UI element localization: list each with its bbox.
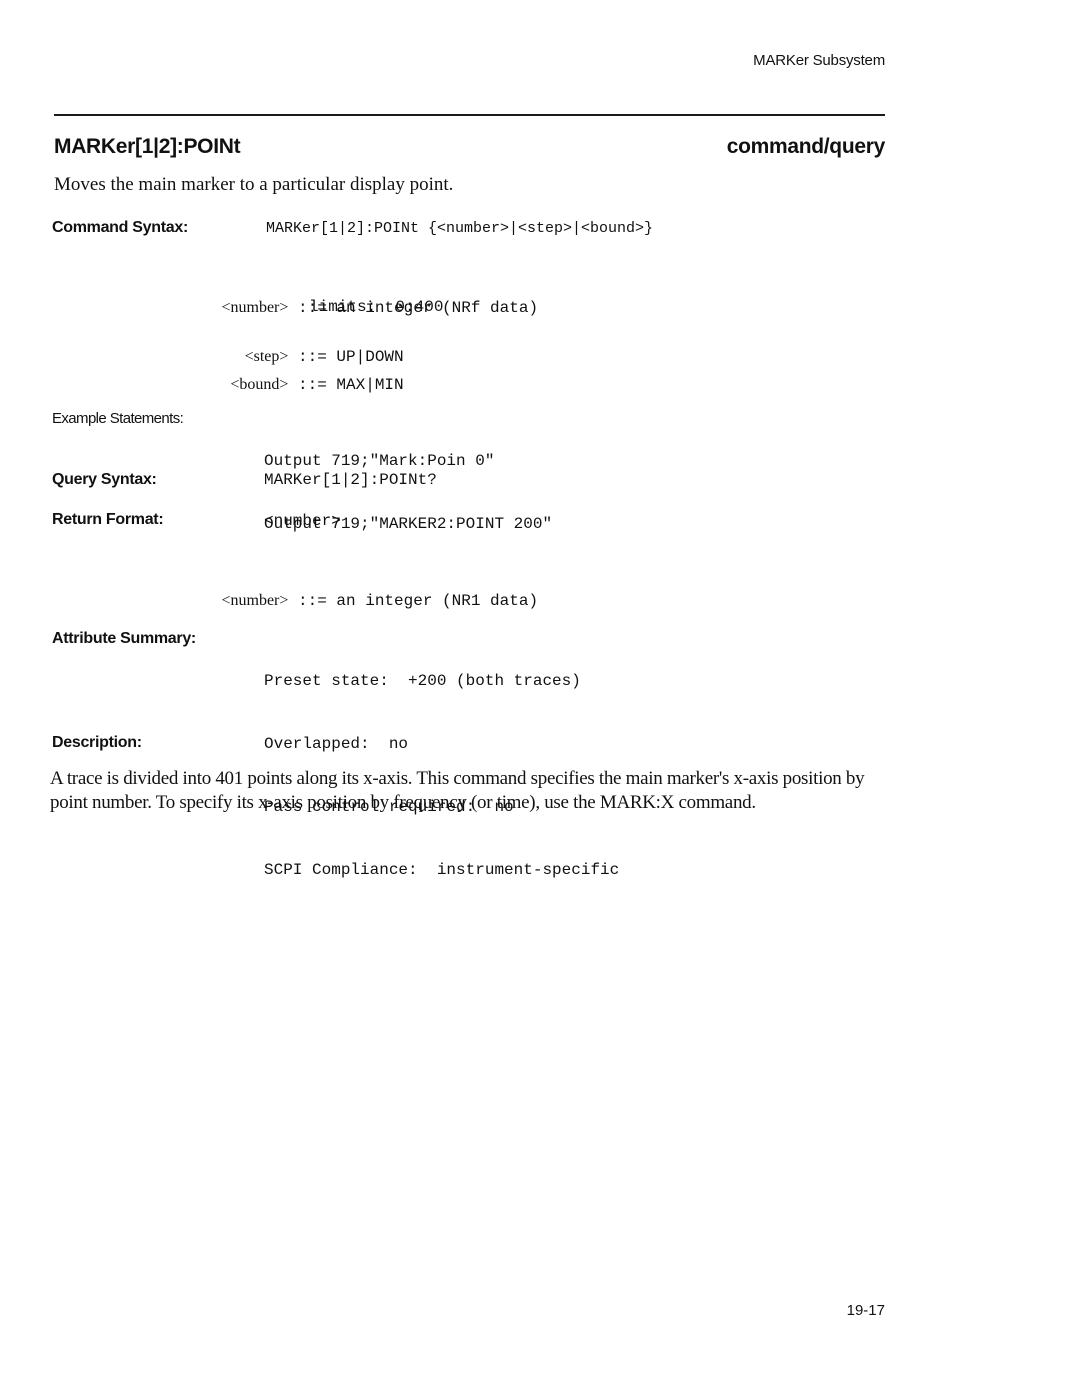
description-label: Description:: [52, 734, 142, 752]
definition-bound: <bound> ::= MAX|MIN: [0, 353, 404, 417]
definition-text: an integer (NR1 data): [336, 592, 538, 610]
description-text: A trace is divided into 401 points along…: [50, 767, 870, 815]
example-statement: Output 719;"Mark:Poin 0": [264, 451, 552, 472]
return-definition: <number> ::= an integer (NR1 data): [0, 569, 538, 633]
command-syntax-value: MARKer[1|2]:POINt {<number>|<step>|<boun…: [266, 218, 653, 239]
definition-term: <number>: [38, 590, 288, 611]
definition-text: MAX|MIN: [336, 376, 403, 394]
return-format-value: <number>: [264, 511, 341, 532]
example-statements: Output 719;"Mark:Poin 0" Output 719;"MAR…: [264, 409, 552, 577]
definition-term: <bound>: [38, 374, 288, 395]
attribute-line: SCPI Compliance: instrument-specific: [264, 860, 619, 881]
section-divider: [54, 114, 885, 116]
attribute-summary-label: Attribute Summary:: [52, 630, 196, 648]
command-title: MARKer[1|2]:POINt: [54, 135, 240, 159]
definition-term: <number>: [38, 297, 288, 318]
running-head: MARKer Subsystem: [753, 52, 885, 69]
command-type: command/query: [727, 135, 885, 159]
example-statements-label: Example Statements:: [52, 410, 183, 427]
command-syntax-label: Command Syntax:: [52, 219, 188, 237]
query-syntax-value: MARKer[1|2]:POINt?: [264, 470, 437, 491]
command-summary: Moves the main marker to a particular di…: [54, 174, 453, 196]
attribute-line: Overlapped: no: [264, 734, 619, 755]
definition-operator: ::=: [288, 592, 336, 610]
definition-number-limits: limits: 0:400: [309, 297, 443, 318]
return-format-label: Return Format:: [52, 511, 163, 529]
query-syntax-label: Query Syntax:: [52, 471, 157, 489]
page-number: 19-17: [847, 1302, 885, 1319]
definition-operator: ::=: [288, 376, 336, 394]
attribute-line: Preset state: +200 (both traces): [264, 671, 619, 692]
